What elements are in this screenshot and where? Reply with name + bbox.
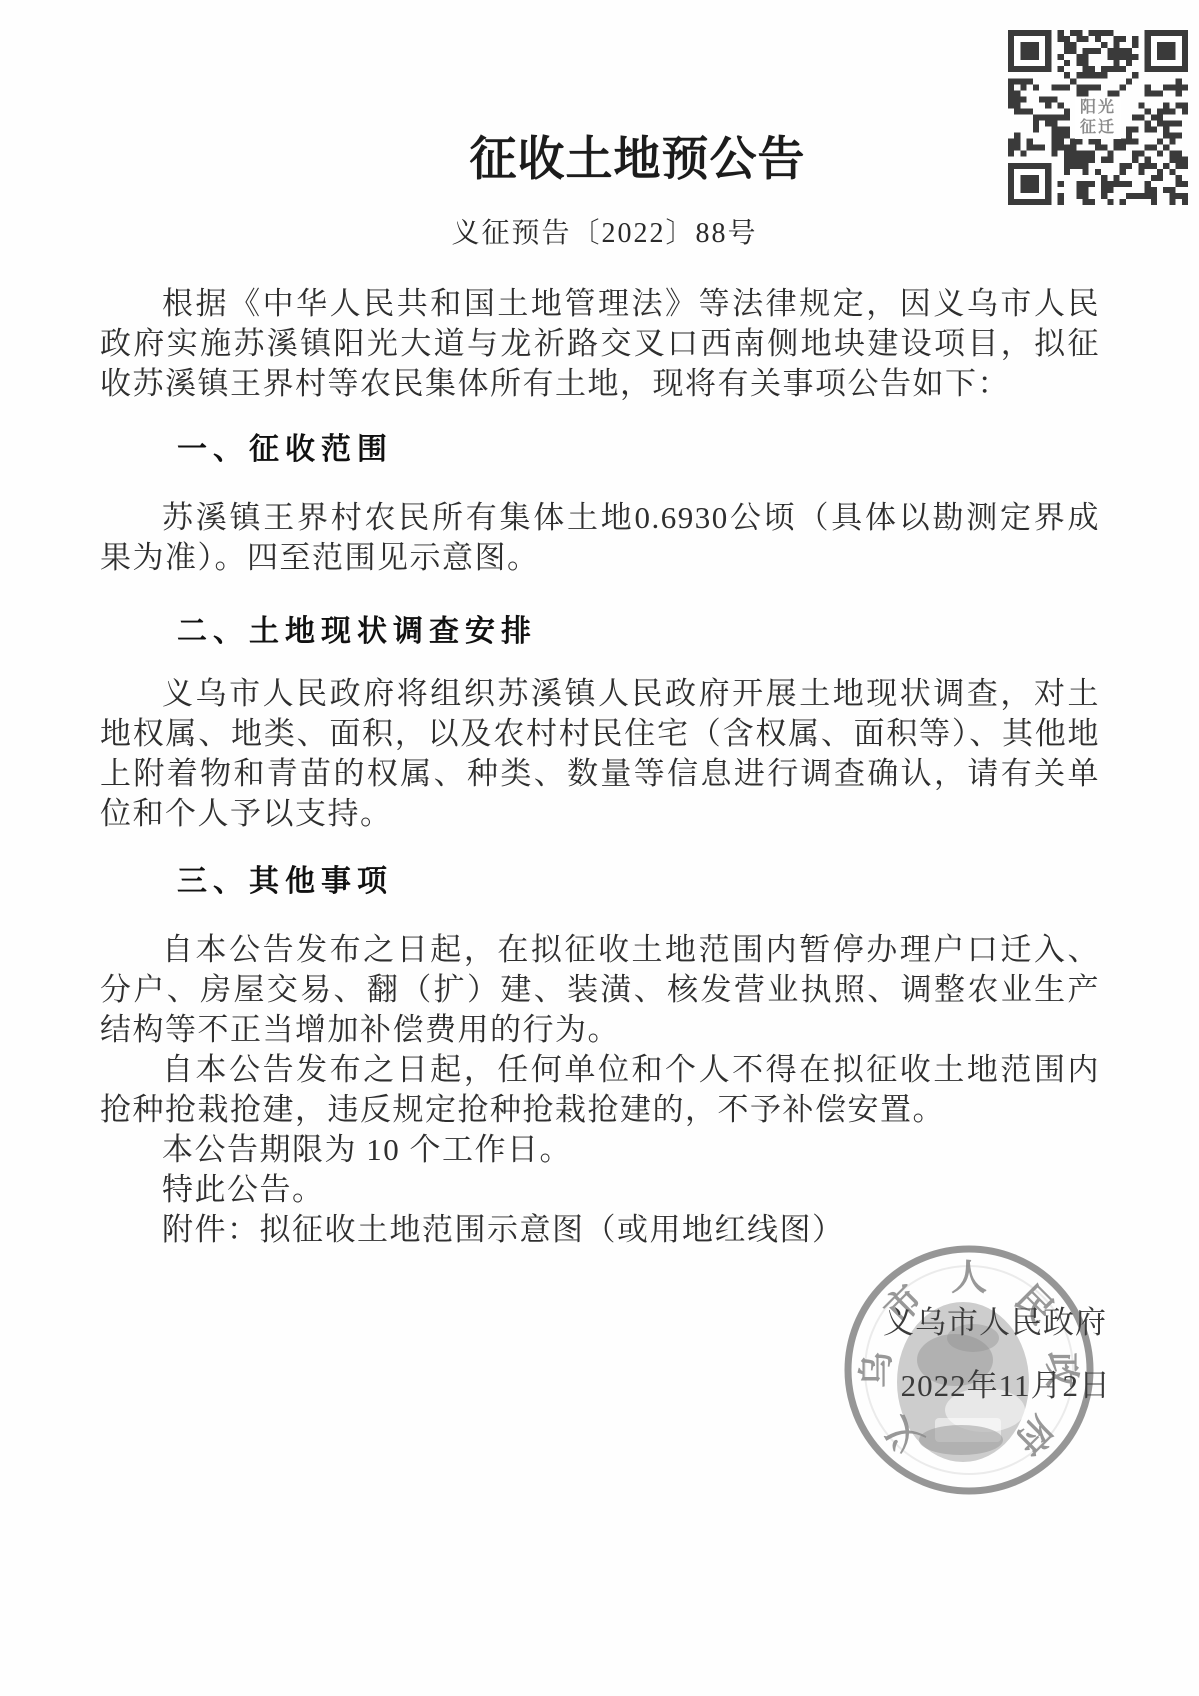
announcement-page: 阳光 征迁 征收土地预公告 义征预告〔2022〕88号 根据《中华人民共和国土地… [0, 0, 1199, 1696]
hereby-announced-line: 特此公告。 [100, 1170, 1100, 1210]
svg-text:乌: 乌 [856, 1352, 897, 1388]
section-2-paragraph: 义乌市人民政府将组织苏溪镇人民政府开展土地现状调查，对土地权属、地类、面积，以及… [100, 674, 1100, 834]
document-body: 征收土地预公告 义征预告〔2022〕88号 根据《中华人民共和国土地管理法》等法… [0, 0, 1199, 1250]
svg-text:人: 人 [951, 1257, 987, 1298]
doc-number: 义征预告〔2022〕88号 [5, 216, 1199, 252]
page-title: 征收土地预公告 [38, 132, 1199, 188]
section-3-heading: 三、其他事项 [177, 862, 1199, 902]
section-1-heading: 一、征收范围 [177, 430, 1199, 470]
signature-date: 2022年11月2日 [901, 1366, 1111, 1406]
notice-period-line: 本公告期限为 10 个工作日。 [100, 1130, 1100, 1170]
section-3-paragraph-2: 自本公告发布之日起，任何单位和个人不得在拟征收土地范围内抢种抢栽抢建，违反规定抢… [100, 1050, 1100, 1130]
section-3-paragraph-1: 自本公告发布之日起，在拟征收土地范围内暂停办理户口迁入、分户、房屋交易、翻（扩）… [100, 930, 1100, 1050]
section-2-heading: 二、土地现状调查安排 [177, 612, 1199, 652]
signature-issuer: 义乌市人民政府 [883, 1303, 1107, 1343]
section-1-paragraph: 苏溪镇王界村农民所有集体土地0.6930公顷（具体以勘测定界成果为准）。四至范围… [100, 498, 1100, 578]
intro-paragraph: 根据《中华人民共和国土地管理法》等法律规定，因义乌市人民政府实施苏溪镇阳光大道与… [100, 284, 1100, 404]
